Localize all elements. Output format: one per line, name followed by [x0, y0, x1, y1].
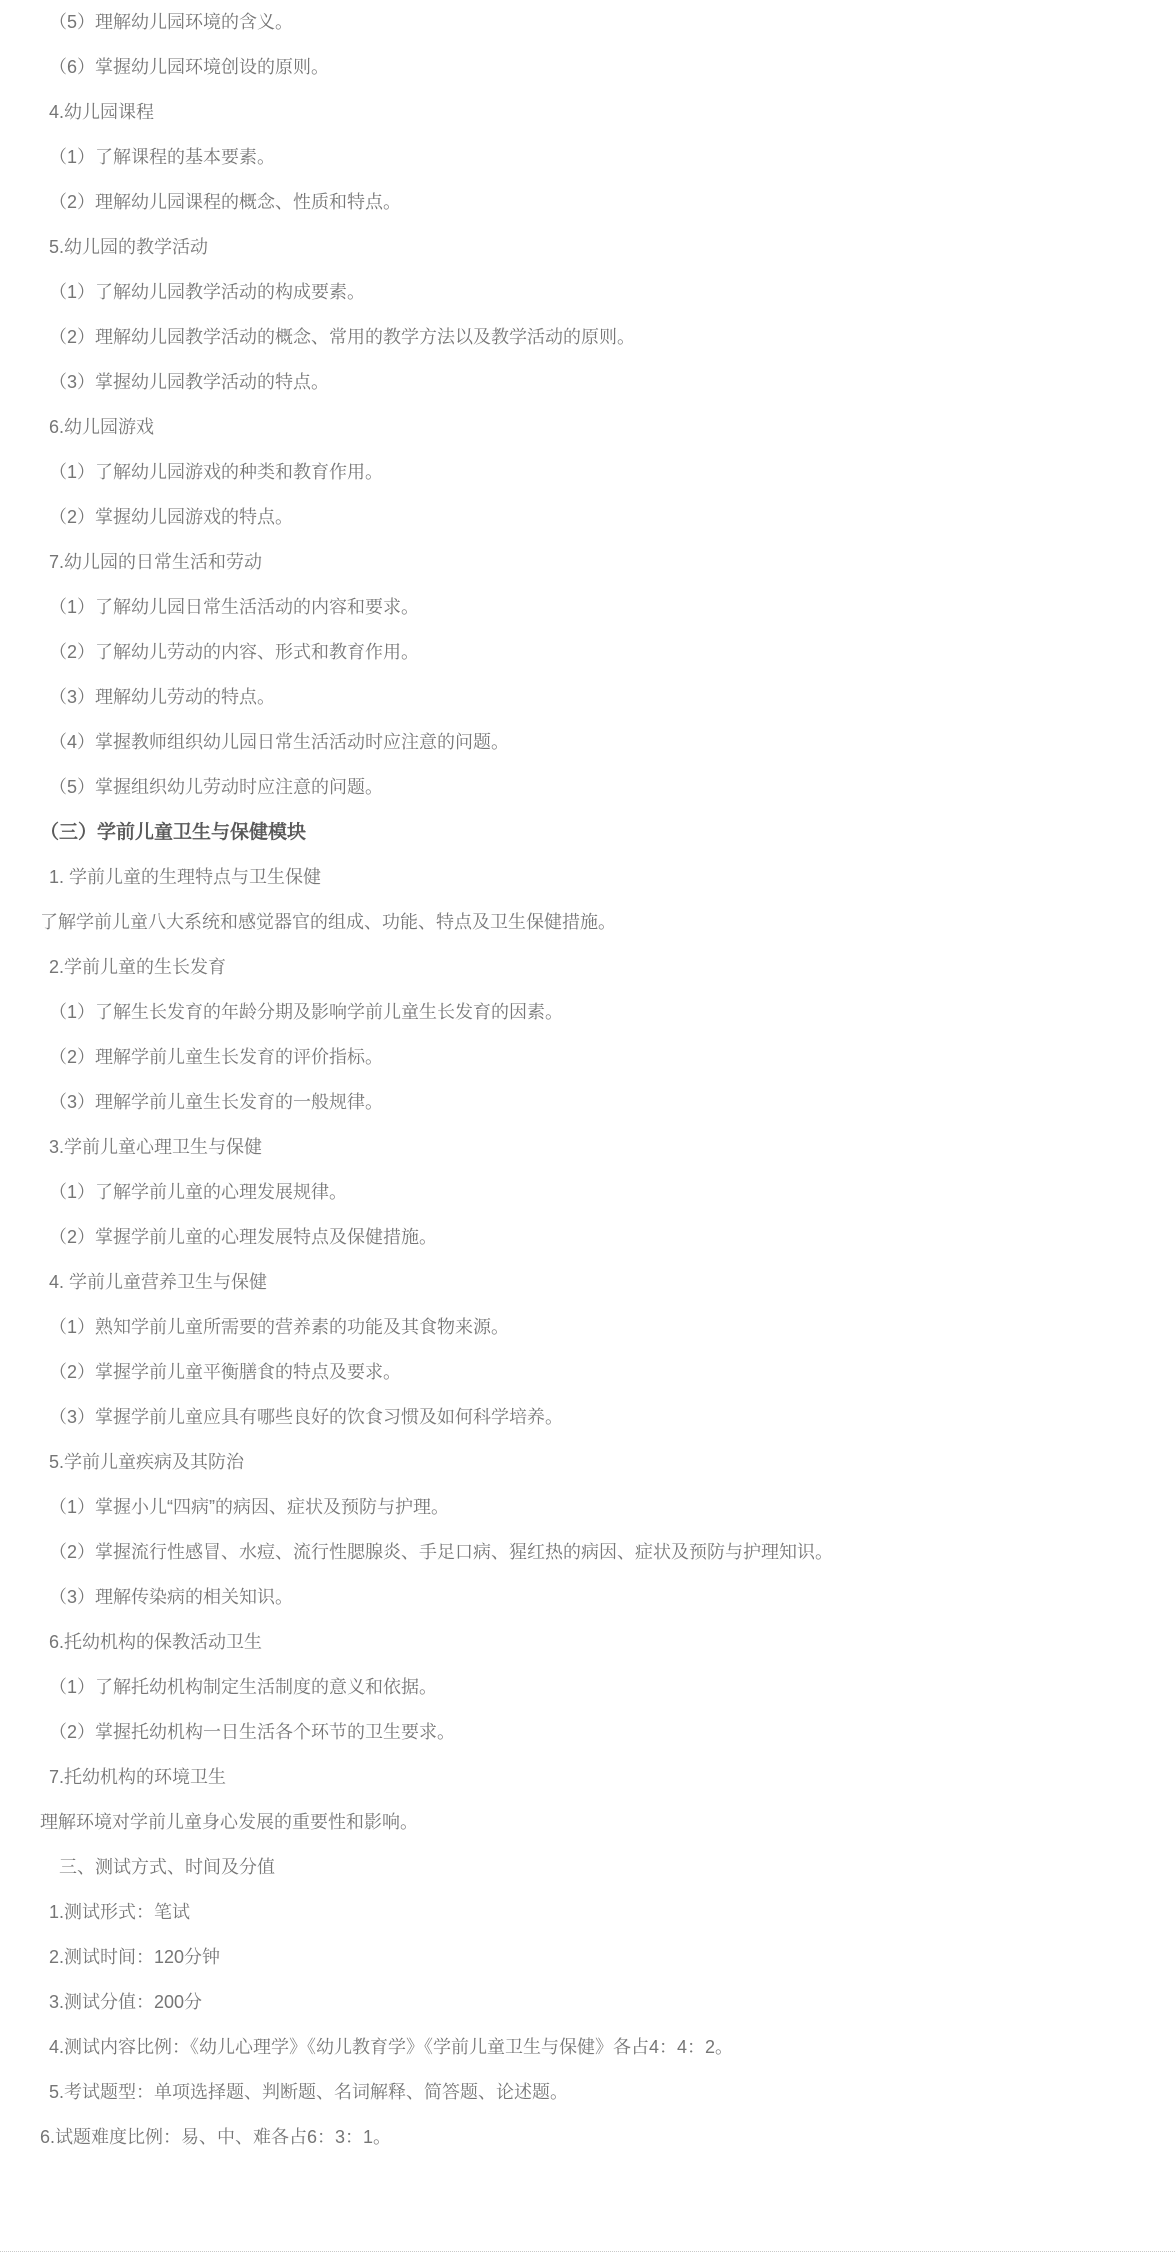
- document-line: （1）掌握小儿“四病”的病因、症状及预防与护理。: [40, 1485, 1155, 1530]
- document-line: 4.测试内容比例：《幼儿心理学》《幼儿教育学》《学前儿童卫生与保健》各占4：4：…: [40, 2025, 1155, 2070]
- document-line: （1）了解幼儿园日常生活活动的内容和要求。: [40, 585, 1155, 630]
- document-line: （2）理解幼儿园教学活动的概念、常用的教学方法以及教学活动的原则。: [40, 315, 1155, 360]
- line-text: 6.托幼机构的保教活动卫生: [49, 1632, 262, 1652]
- line-text: （2）掌握托幼机构一日生活各个环节的卫生要求。: [49, 1722, 455, 1742]
- document-line: （1）了解课程的基本要素。: [40, 135, 1155, 180]
- document-line: 4. 学前儿童营养卫生与保健: [40, 1260, 1155, 1305]
- line-text: （2）掌握学前儿童平衡膳食的特点及要求。: [49, 1362, 401, 1382]
- line-text: （1）掌握小儿“四病”的病因、症状及预防与护理。: [49, 1497, 449, 1517]
- line-text: （2）掌握流行性感冒、水痘、流行性腮腺炎、手足口病、猩红热的病因、症状及预防与护…: [49, 1542, 833, 1562]
- line-text: 3.测试分值：200分: [49, 1992, 202, 2012]
- document-line: （4）掌握教师组织幼儿园日常生活活动时应注意的问题。: [40, 720, 1155, 765]
- line-text: （3）掌握学前儿童应具有哪些良好的饮食习惯及如何科学培养。: [49, 1407, 563, 1427]
- document-line: （1）了解幼儿园游戏的种类和教育作用。: [40, 450, 1155, 495]
- line-text: 4. 学前儿童营养卫生与保健: [49, 1272, 267, 1292]
- document-line: 5.学前儿童疾病及其防治: [40, 1440, 1155, 1485]
- document-line: 5.幼儿园的教学活动: [40, 225, 1155, 270]
- line-text: （2）掌握学前儿童的心理发展特点及保健措施。: [49, 1227, 437, 1247]
- line-text: （3）理解学前儿童生长发育的一般规律。: [49, 1092, 383, 1112]
- line-text: 了解学前儿童八大系统和感觉器官的组成、功能、特点及卫生保健措施。: [40, 912, 616, 932]
- document-line: （2）掌握流行性感冒、水痘、流行性腮腺炎、手足口病、猩红热的病因、症状及预防与护…: [40, 1530, 1155, 1575]
- line-text: （4）掌握教师组织幼儿园日常生活活动时应注意的问题。: [49, 732, 509, 752]
- line-text: （1）了解幼儿园日常生活活动的内容和要求。: [49, 597, 419, 617]
- line-text: 6.幼儿园游戏: [49, 417, 154, 437]
- document-line: 三、测试方式、时间及分值: [40, 1845, 1155, 1890]
- document-line: 6.幼儿园游戏: [40, 405, 1155, 450]
- document-line: 7.托幼机构的环境卫生: [40, 1755, 1155, 1800]
- line-text: （1）熟知学前儿童所需要的营养素的功能及其食物来源。: [49, 1317, 509, 1337]
- document-line: （2）掌握学前儿童平衡膳食的特点及要求。: [40, 1350, 1155, 1395]
- document-line: （2）理解幼儿园课程的概念、性质和特点。: [40, 180, 1155, 225]
- line-text: 三、测试方式、时间及分值: [59, 1857, 275, 1877]
- document-line: 7.幼儿园的日常生活和劳动: [40, 540, 1155, 585]
- document-line: （2）了解幼儿劳动的内容、形式和教育作用。: [40, 630, 1155, 675]
- line-text: 5.学前儿童疾病及其防治: [49, 1452, 244, 1472]
- line-text: 1.测试形式：笔试: [49, 1902, 190, 1922]
- document-line: （3）理解学前儿童生长发育的一般规律。: [40, 1080, 1155, 1125]
- line-text: （1）了解幼儿园游戏的种类和教育作用。: [49, 462, 383, 482]
- document-line: （2）理解学前儿童生长发育的评价指标。: [40, 1035, 1155, 1080]
- document-line: （2）掌握幼儿园游戏的特点。: [40, 495, 1155, 540]
- line-text: （5）掌握组织幼儿劳动时应注意的问题。: [49, 777, 383, 797]
- document-line: 2.测试时间：120分钟: [40, 1935, 1155, 1980]
- page-bottom-divider: [0, 2251, 1175, 2252]
- document-line: （1）了解学前儿童的心理发展规律。: [40, 1170, 1155, 1215]
- document-line: 2.学前儿童的生长发育: [40, 945, 1155, 990]
- document-line: （3）理解幼儿劳动的特点。: [40, 675, 1155, 720]
- document-page: { "page": { "background": "#ffffff", "bo…: [0, 0, 1175, 2258]
- document-line: （1）了解托幼机构制定生活制度的意义和依据。: [40, 1665, 1155, 1710]
- line-text: （5）理解幼儿园环境的含义。: [49, 12, 293, 32]
- document-line: 5.考试题型：单项选择题、判断题、名词解释、简答题、论述题。: [40, 2070, 1155, 2115]
- line-text: （2）了解幼儿劳动的内容、形式和教育作用。: [49, 642, 419, 662]
- document-line: 6.托幼机构的保教活动卫生: [40, 1620, 1155, 1665]
- document-line: 1. 学前儿童的生理特点与卫生保健: [40, 855, 1155, 900]
- document-line: 6.试题难度比例：易、中、难各占6：3：1。: [40, 2115, 1155, 2160]
- document-line: （5）掌握组织幼儿劳动时应注意的问题。: [40, 765, 1155, 810]
- document-line: 3.测试分值：200分: [40, 1980, 1155, 2025]
- line-text: 3.学前儿童心理卫生与保健: [49, 1137, 262, 1157]
- line-text: （3）理解幼儿劳动的特点。: [49, 687, 275, 707]
- line-text: 理解环境对学前儿童身心发展的重要性和影响。: [40, 1812, 418, 1832]
- line-text: （2）理解学前儿童生长发育的评价指标。: [49, 1047, 383, 1067]
- line-text: （1）了解生长发育的年龄分期及影响学前儿童生长发育的因素。: [49, 1002, 563, 1022]
- line-text: （2）理解幼儿园教学活动的概念、常用的教学方法以及教学活动的原则。: [49, 327, 635, 347]
- line-text: （3）理解传染病的相关知识。: [49, 1587, 293, 1607]
- document-line: （三）学前儿童卫生与保健模块: [40, 810, 1155, 855]
- document-line: （2）掌握学前儿童的心理发展特点及保健措施。: [40, 1215, 1155, 1260]
- line-text: 4.幼儿园课程: [49, 102, 154, 122]
- line-text: 6.试题难度比例：易、中、难各占6：3：1。: [40, 2127, 391, 2147]
- document-line: （5）理解幼儿园环境的含义。: [40, 0, 1155, 45]
- document-line: 3.学前儿童心理卫生与保健: [40, 1125, 1155, 1170]
- line-text: 1. 学前儿童的生理特点与卫生保健: [49, 867, 321, 887]
- document-line: 4.幼儿园课程: [40, 90, 1155, 135]
- document-line: （3）理解传染病的相关知识。: [40, 1575, 1155, 1620]
- document-line: 理解环境对学前儿童身心发展的重要性和影响。: [40, 1800, 1155, 1845]
- line-text: （三）学前儿童卫生与保健模块: [40, 822, 306, 843]
- document-line: （6）掌握幼儿园环境创设的原则。: [40, 45, 1155, 90]
- line-text: （1）了解托幼机构制定生活制度的意义和依据。: [49, 1677, 437, 1697]
- document-line: 1.测试形式：笔试: [40, 1890, 1155, 1935]
- line-text: 4.测试内容比例：《幼儿心理学》《幼儿教育学》《学前儿童卫生与保健》各占4：4：…: [49, 2037, 733, 2057]
- line-text: （6）掌握幼儿园环境创设的原则。: [49, 57, 329, 77]
- line-text: （3）掌握幼儿园教学活动的特点。: [49, 372, 329, 392]
- line-text: （1）了解课程的基本要素。: [49, 147, 275, 167]
- line-text: （2）掌握幼儿园游戏的特点。: [49, 507, 293, 527]
- line-text: 7.幼儿园的日常生活和劳动: [49, 552, 262, 572]
- document-line: （3）掌握学前儿童应具有哪些良好的饮食习惯及如何科学培养。: [40, 1395, 1155, 1440]
- line-text: 7.托幼机构的环境卫生: [49, 1767, 226, 1787]
- line-text: 5.幼儿园的教学活动: [49, 237, 208, 257]
- document-line: （1）了解幼儿园教学活动的构成要素。: [40, 270, 1155, 315]
- line-text: （2）理解幼儿园课程的概念、性质和特点。: [49, 192, 401, 212]
- line-text: （1）了解幼儿园教学活动的构成要素。: [49, 282, 365, 302]
- line-text: 2.学前儿童的生长发育: [49, 957, 226, 977]
- line-text: （1）了解学前儿童的心理发展规律。: [49, 1182, 347, 1202]
- document-line: （1）了解生长发育的年龄分期及影响学前儿童生长发育的因素。: [40, 990, 1155, 1035]
- document-line: （1）熟知学前儿童所需要的营养素的功能及其食物来源。: [40, 1305, 1155, 1350]
- document-body: （5）理解幼儿园环境的含义。 （6）掌握幼儿园环境创设的原则。 4.幼儿园课程 …: [0, 0, 1175, 2160]
- line-text: 5.考试题型：单项选择题、判断题、名词解释、简答题、论述题。: [49, 2082, 568, 2102]
- document-line: （3）掌握幼儿园教学活动的特点。: [40, 360, 1155, 405]
- document-line: 了解学前儿童八大系统和感觉器官的组成、功能、特点及卫生保健措施。: [40, 900, 1155, 945]
- document-line: （2）掌握托幼机构一日生活各个环节的卫生要求。: [40, 1710, 1155, 1755]
- line-text: 2.测试时间：120分钟: [49, 1947, 220, 1967]
